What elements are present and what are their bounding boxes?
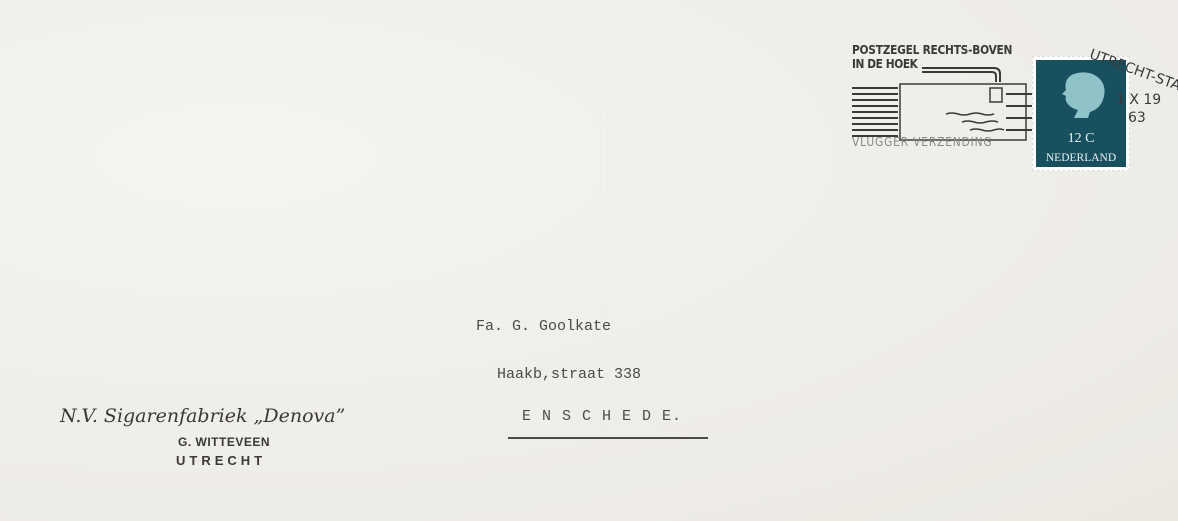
sender-company: N.V. Sigarenfabriek „Denova” xyxy=(40,405,410,427)
postmark: UTRECHT-STATION 1 X 19 63 xyxy=(1080,40,1178,150)
cancel-slogan-line3: VLUGGER VERZENDING xyxy=(852,134,992,149)
fold-crease xyxy=(600,0,602,521)
postmark-date: 1 X 19 xyxy=(1116,92,1161,108)
slogan-cancel: POSTZEGEL RECHTS-BOVEN IN DE HOEK VLUGGE… xyxy=(852,42,1032,154)
sender-name: G. WITTEVEEN xyxy=(178,435,410,449)
recipient-line3: E N S C H E D E. xyxy=(522,408,682,425)
recipient-line1: Fa. G. Goolkate xyxy=(476,318,611,335)
sender-city: UTRECHT xyxy=(176,453,410,468)
stamp-country: NEDERLAND xyxy=(1036,152,1126,164)
postmark-year: 63 xyxy=(1128,110,1146,126)
recipient-underline xyxy=(508,437,708,439)
sender-block: N.V. Sigarenfabriek „Denova” G. WITTEVEE… xyxy=(40,405,410,468)
recipient-line2: Haakb,straat 338 xyxy=(497,366,641,383)
cancel-slogan-line1: POSTZEGEL RECHTS-BOVEN xyxy=(852,42,1012,57)
envelope-icon xyxy=(852,64,1032,144)
